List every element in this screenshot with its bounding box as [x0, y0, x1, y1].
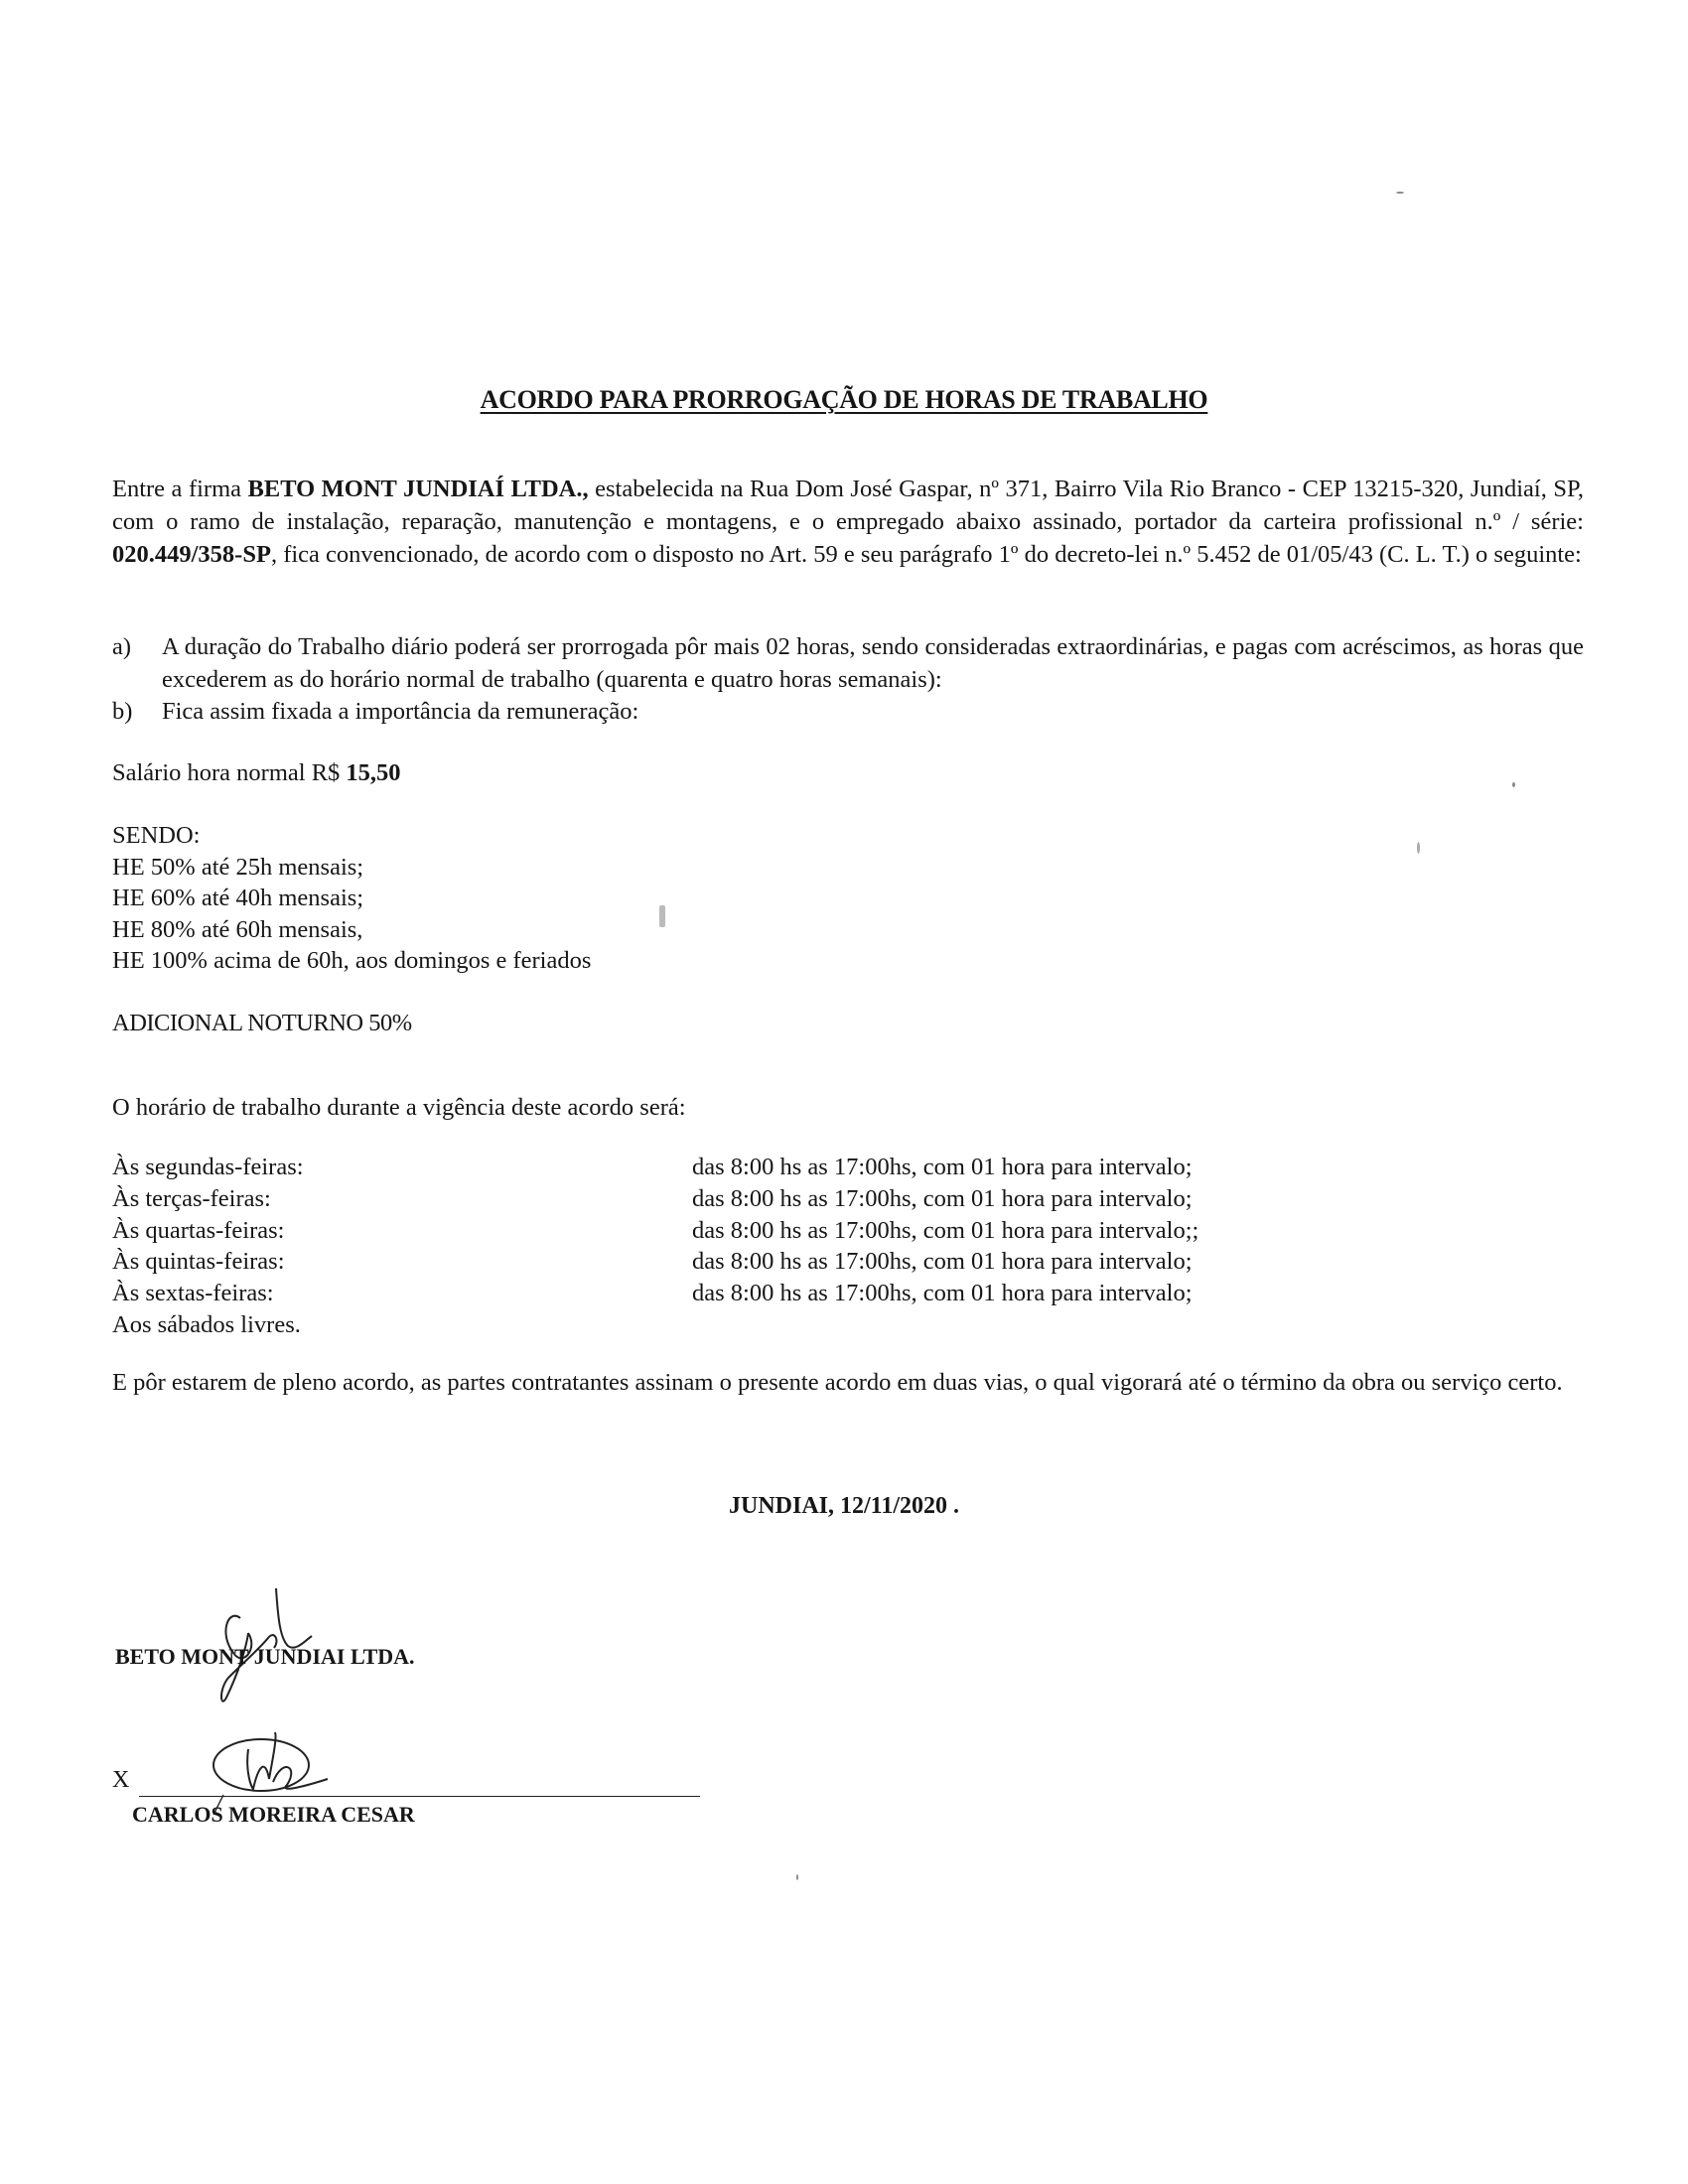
- signature-x-mark: X: [112, 1767, 129, 1794]
- scan-speck: [1417, 842, 1420, 854]
- schedule-day: Às sextas-feiras:: [112, 1278, 692, 1309]
- schedule-row: Às quintas-feiras: das 8:00 hs as 17:00h…: [112, 1246, 1198, 1278]
- overtime-item: HE 80% até 60h mensais,: [112, 914, 591, 946]
- closing-paragraph: E pôr estarem de pleno acordo, as partes…: [112, 1366, 1584, 1399]
- schedule-hours: das 8:00 hs as 17:00hs, com 01 hora para…: [692, 1246, 1193, 1278]
- company-name: BETO MONT JUNDIAÍ LTDA.,: [248, 476, 589, 502]
- schedule-day: Aos sábados livres.: [112, 1309, 692, 1341]
- ctps-number: 020.449/358-SP: [112, 541, 271, 568]
- schedule-hours: das 8:00 hs as 17:00hs, com 01 hora para…: [692, 1278, 1193, 1309]
- salary-label: Salário hora normal R$: [112, 759, 346, 786]
- clause-a: a) A duração do Trabalho diário poderá s…: [112, 631, 1584, 696]
- schedule-row: Aos sábados livres.: [112, 1309, 1198, 1341]
- overtime-item: HE 60% até 40h mensais;: [112, 883, 591, 914]
- place-and-date: JUNDIAI, 12/11/2020 .: [0, 1493, 1688, 1520]
- scan-speck: [1396, 192, 1404, 194]
- schedule-row: Às quartas-feiras: das 8:00 hs as 17:00h…: [112, 1215, 1198, 1247]
- schedule-hours: das 8:00 hs as 17:00hs, com 01 hora para…: [692, 1183, 1193, 1215]
- employee-signatory: CARLOS MOREIRA CESAR: [132, 1802, 415, 1828]
- overtime-item: HE 100% acima de 60h, aos domingos e fer…: [112, 945, 591, 977]
- clause-b: b) Fica assim fixada a importância da re…: [112, 696, 1584, 729]
- schedule-day: Às quartas-feiras:: [112, 1215, 692, 1247]
- signature-line: [139, 1796, 700, 1797]
- overtime-heading: SENDO:: [112, 820, 591, 852]
- intro-paragraph: Entre a firma BETO MONT JUNDIAÍ LTDA., e…: [112, 473, 1584, 571]
- clause-text: Fica assim fixada a importância da remun…: [162, 698, 638, 725]
- hourly-salary: Salário hora normal R$ 15,50: [112, 756, 401, 789]
- schedule-row: Às segundas-feiras: das 8:00 hs as 17:00…: [112, 1152, 1198, 1183]
- salary-value: 15,50: [346, 759, 400, 786]
- clauses-list: a) A duração do Trabalho diário poderá s…: [112, 631, 1584, 729]
- intro-prefix: Entre a firma: [112, 476, 248, 502]
- scan-speck: [1512, 782, 1515, 787]
- document-title: ACORDO PARA PRORROGAÇÃO DE HORAS DE TRAB…: [0, 385, 1688, 415]
- schedule-hours: das 8:00 hs as 17:00hs, com 01 hora para…: [692, 1152, 1193, 1183]
- schedule-row: Às terças-feiras: das 8:00 hs as 17:00hs…: [112, 1183, 1198, 1215]
- scan-speck: [796, 1874, 798, 1880]
- scan-speck: [659, 905, 665, 927]
- clause-marker: b): [112, 696, 132, 729]
- schedule-hours: das 8:00 hs as 17:00hs, com 01 hora para…: [692, 1215, 1198, 1247]
- schedule-day: Às terças-feiras:: [112, 1183, 692, 1215]
- intro-suffix: , fica convencionado, de acordo com o di…: [271, 541, 1582, 568]
- schedule-day: Às quintas-feiras:: [112, 1246, 692, 1278]
- schedule-intro: O horário de trabalho durante a vigência…: [112, 1091, 686, 1124]
- schedule-day: Às segundas-feiras:: [112, 1152, 692, 1183]
- overtime-block: SENDO: HE 50% até 25h mensais; HE 60% at…: [112, 820, 591, 977]
- clause-text: A duração do Trabalho diário poderá ser …: [162, 633, 1584, 693]
- schedule-row: Às sextas-feiras: das 8:00 hs as 17:00hs…: [112, 1278, 1198, 1309]
- schedule-table: Às segundas-feiras: das 8:00 hs as 17:00…: [112, 1152, 1198, 1341]
- overtime-item: HE 50% até 25h mensais;: [112, 852, 591, 884]
- night-shift-bonus: ADICIONAL NOTURNO 50%: [112, 1007, 412, 1039]
- company-signatory: BETO MONT JUNDIAI LTDA.: [115, 1644, 415, 1670]
- clause-marker: a): [112, 631, 131, 664]
